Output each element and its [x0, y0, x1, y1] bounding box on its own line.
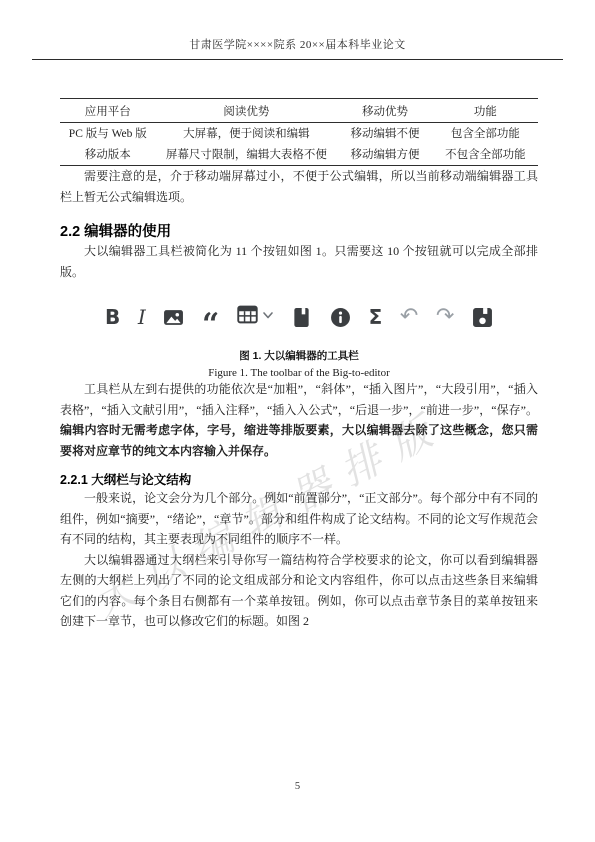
- paragraph: 需要注意的是，介于移动端屏幕过小，不便于公式编辑，所以当前移动端编辑器工具栏上暂…: [60, 166, 538, 207]
- page-header: 甘肃医学院××××院系 20××届本科毕业论文: [0, 36, 595, 52]
- table-header-cell: 移动优势: [337, 99, 433, 123]
- platform-comparison-table: 应用平台 阅读优势 移动优势 功能 PC 版与 Web 版 大屏幕，便于阅读和编…: [60, 98, 538, 166]
- table-icon: [237, 304, 258, 330]
- bold-icon: B: [105, 307, 120, 327]
- table-cell: 移动版本: [60, 144, 156, 166]
- image-icon: [163, 307, 184, 328]
- table-cell: PC 版与 Web 版: [60, 123, 156, 145]
- citation-book-icon: [291, 307, 312, 328]
- paragraph-text: 工具栏从左到右提供的功能依次是“加粗”，“斜体”，“插入图片”，“大段引用”，“…: [60, 382, 538, 417]
- paragraph: 大以编辑器通过大纲栏来引导你写一篇结构符合学校要求的论文，你可以看到编辑器左侧的…: [60, 550, 538, 632]
- table-cell: 屏幕尺寸限制，编辑大表格不便: [156, 144, 338, 166]
- table-cell: 包含全部功能: [433, 123, 538, 145]
- chevron-down-icon: [262, 308, 274, 326]
- table-cell: 移动编辑方便: [337, 144, 433, 166]
- document-page: 甘肃医学院××××院系 20××届本科毕业论文 应用平台 阅读优势 移动优势 功…: [0, 0, 595, 842]
- page-content: 应用平台 阅读优势 移动优势 功能 PC 版与 Web 版 大屏幕，便于阅读和编…: [60, 98, 538, 632]
- table-header-cell: 功能: [433, 99, 538, 123]
- paragraph: 工具栏从左到右提供的功能依次是“加粗”，“斜体”，“插入图片”，“大段引用”，“…: [60, 379, 538, 461]
- italic-icon: I: [138, 307, 146, 327]
- table-header-row: 应用平台 阅读优势 移动优势 功能: [60, 99, 538, 123]
- table-cell: 移动编辑不便: [337, 123, 433, 145]
- info-icon: [330, 307, 351, 328]
- undo-icon: ↶: [400, 306, 418, 328]
- table-cell: 大屏幕，便于阅读和编辑: [156, 123, 338, 145]
- page-number: 5: [0, 781, 595, 792]
- section-heading: 2.2 编辑器的使用: [60, 220, 538, 241]
- subsection-heading: 2.2.1 大纲栏与论文结构: [60, 470, 538, 488]
- paragraph-bold-text: 编辑内容时无需考虑字体，字号，缩进等排版要素，大以编辑器去除了这些概念，您只需要…: [60, 423, 538, 458]
- table-header-cell: 应用平台: [60, 99, 156, 123]
- figure-caption-zh: 图 1. 大以编辑器的工具栏: [60, 348, 538, 363]
- table-row: 移动版本 屏幕尺寸限制，编辑大表格不便 移动编辑方便 不包含全部功能: [60, 144, 538, 166]
- save-icon: [472, 307, 493, 328]
- table-insert-control: [237, 304, 274, 330]
- toolbar-figure: B I “: [105, 295, 493, 339]
- paragraph: 一般来说，论文会分为几个部分。例如“前置部分”，“正文部分”。每个部分中有不同的…: [60, 488, 538, 550]
- redo-icon: ↷: [436, 306, 454, 328]
- table-header-cell: 阅读优势: [156, 99, 338, 123]
- formula-sigma-icon: Σ: [369, 307, 383, 327]
- paragraph: 大以编辑器工具栏被简化为 11 个按钮如图 1。只需要这 10 个按钮就可以完成…: [60, 241, 538, 282]
- figure-caption-en: Figure 1. The toolbar of the Big-to-edit…: [60, 367, 538, 379]
- table-cell: 不包含全部功能: [433, 144, 538, 166]
- header-rule: [32, 59, 563, 60]
- table-row: PC 版与 Web 版 大屏幕，便于阅读和编辑 移动编辑不便 包含全部功能: [60, 123, 538, 145]
